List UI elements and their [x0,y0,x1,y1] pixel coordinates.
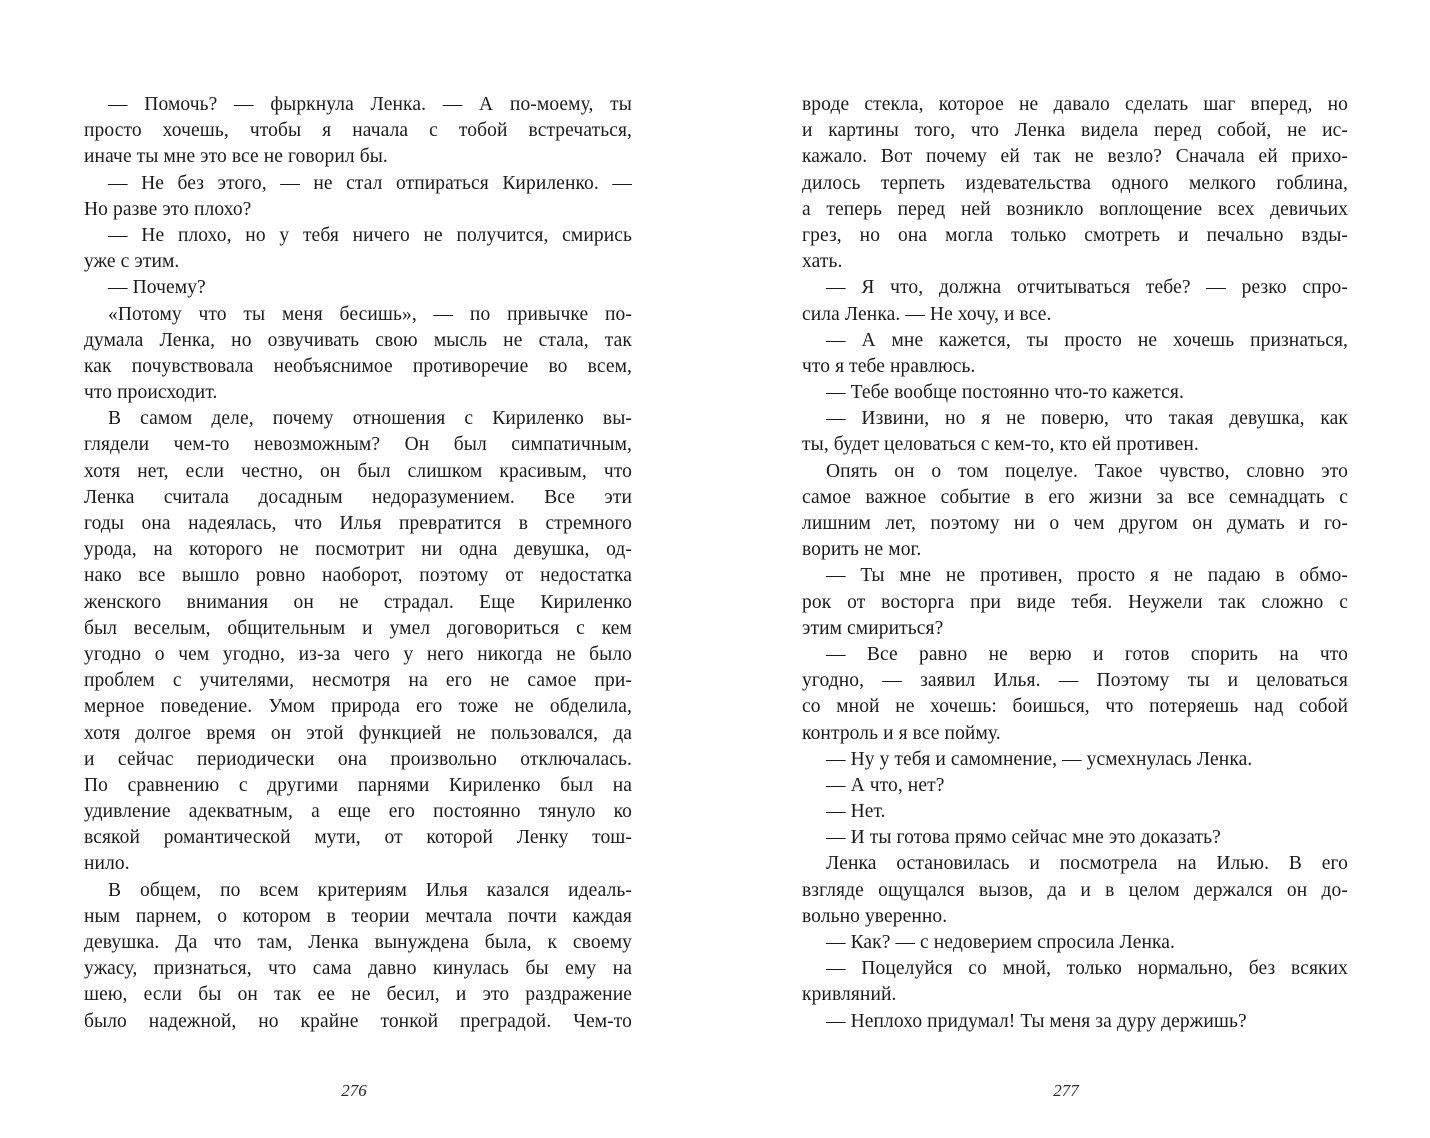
text-line: хать. [802,249,1348,275]
text-line: — Почему? [84,275,632,301]
text-line: — Не без этого, — не стал отпираться Кир… [84,171,632,197]
text-line: женского внимания он не страдал. Еще Кир… [84,590,632,616]
text-line: — Поцелуйся со мной, только нормально, б… [802,956,1348,982]
text-line: — Нет. [802,799,1348,825]
text-line: хотя долгое время он этой функцией не по… [84,721,632,747]
text-line: девушка. Да что там, Ленка вынуждена был… [84,930,632,956]
text-line: дилось терпеть издевательства одного мел… [802,171,1348,197]
text-line: всякой романтической мути, от которой Ле… [84,825,632,851]
text-line: урода, на которого не посмотрит ни одна … [84,537,632,563]
text-line: вроде стекла, которое не давало сделать … [802,92,1348,118]
text-line: лишним лет, поэтому ни о чем другом он д… [802,511,1348,537]
text-line: — И ты готова прямо сейчас мне это доказ… [802,825,1348,851]
text-line: Опять он о том поцелуе. Такое чувство, с… [802,459,1348,485]
text-line: годы она надеялась, что Илья превратится… [84,511,632,537]
text-line: шею, если бы он так ее не бесил, и это р… [84,982,632,1008]
text-line: хотя нет, если честно, он был слишком кр… [84,459,632,485]
text-line: Ленка считала досадным недоразумением. В… [84,485,632,511]
text-line: глядели чем-то невозможным? Он был симпа… [84,432,632,458]
text-line: В общем, по всем критериям Илья казался … [84,878,632,904]
text-line: — Я что, должна отчитываться тебе? — рез… [802,275,1348,301]
text-line: угодно о чем угодно, из-за чего у него н… [84,642,632,668]
text-line: ты, будет целоваться с кем-то, кто ей пр… [802,432,1348,458]
text-line: кривляний. [802,982,1348,1008]
text-line: — Как? — с недоверием спросила Ленка. [802,930,1348,956]
text-line: было надежной, но крайне тонкой преградо… [84,1009,632,1035]
text-line: как почувствовала необъяснимое противоре… [84,354,632,380]
text-line: — Не плохо, но у тебя ничего не получитс… [84,223,632,249]
text-line: угодно, — заявил Илья. — Поэтому ты и це… [802,668,1348,694]
left-page-text: — Помочь? — фыркнула Ленка. — А по-моему… [84,92,632,1035]
text-line: уже с этим. [84,249,632,275]
text-line: иначе ты мне это все не говорил бы. [84,144,632,170]
page-number-left: 276 [324,1081,384,1101]
text-line: грез, но она могла только смотреть и печ… [802,223,1348,249]
text-line: взгляде ощущался вызов, да и в целом дер… [802,878,1348,904]
right-page-text: вроде стекла, которое не давало сделать … [802,92,1348,1035]
text-line: этим смириться? [802,616,1348,642]
text-line: — Ну у тебя и самомнение, — усмехнулась … [802,747,1348,773]
text-line: ным парнем, о котором в теории мечтала п… [84,904,632,930]
text-line: а теперь перед ней возникло воплощение в… [802,197,1348,223]
text-line: контроль и я все пойму. [802,721,1348,747]
text-line: рок от восторга при виде тебя. Неужели т… [802,590,1348,616]
text-line: удивление адекватным, а еще его постоянн… [84,799,632,825]
text-line: был веселым, общительным и умел договори… [84,616,632,642]
text-line: — Неплохо придумал! Ты меня за дуру держ… [802,1009,1348,1035]
text-line: ворить не мог. [802,537,1348,563]
text-line: сила Ленка. — Не хочу, и все. [802,302,1348,328]
text-line: нило. [84,851,632,877]
page-number-right: 277 [1036,1081,1096,1101]
text-line: просто хочешь, чтобы я начала с тобой вс… [84,118,632,144]
text-line: думала Ленка, но озвучивать свою мысль н… [84,328,632,354]
text-line: — Все равно не верю и готов спорить на ч… [802,642,1348,668]
text-line: что я тебе нравлюсь. [802,354,1348,380]
text-line: и картины того, что Ленка видела перед с… [802,118,1348,144]
text-line: и сейчас периодически она произвольно от… [84,747,632,773]
text-line: — Помочь? — фыркнула Ленка. — А по-моему… [84,92,632,118]
text-line: что происходит. [84,380,632,406]
text-line: — Ты мне не противен, просто я не падаю … [802,563,1348,589]
text-line: со мной не хочешь: боишься, что потеряеш… [802,694,1348,720]
text-line: Но разве это плохо? [84,197,632,223]
text-line: — А что, нет? [802,773,1348,799]
text-line: самое важное событие в его жизни за все … [802,485,1348,511]
text-line: мерное поведение. Умом природа его тоже … [84,694,632,720]
text-line: вольно уверенно. [802,904,1348,930]
text-line: нако все вышло ровно наоборот, поэтому о… [84,563,632,589]
text-line: Ленка остановилась и посмотрела на Илью.… [802,851,1348,877]
text-line: кажало. Вот почему ей так не везло? Снач… [802,144,1348,170]
text-line: В самом деле, почему отношения с Кирилен… [84,406,632,432]
text-line: «Потому что ты меня бесишь», — по привыч… [84,302,632,328]
text-line: — А мне кажется, ты просто не хочешь при… [802,328,1348,354]
text-line: — Извини, но я не поверю, что такая деву… [802,406,1348,432]
text-line: — Тебе вообще постоянно что-то кажется. [802,380,1348,406]
text-line: проблем с учителями, несмотря на его не … [84,668,632,694]
text-line: По сравнению с другими парнями Кириленко… [84,773,632,799]
text-line: ужасу, признаться, что сама давно кинула… [84,956,632,982]
